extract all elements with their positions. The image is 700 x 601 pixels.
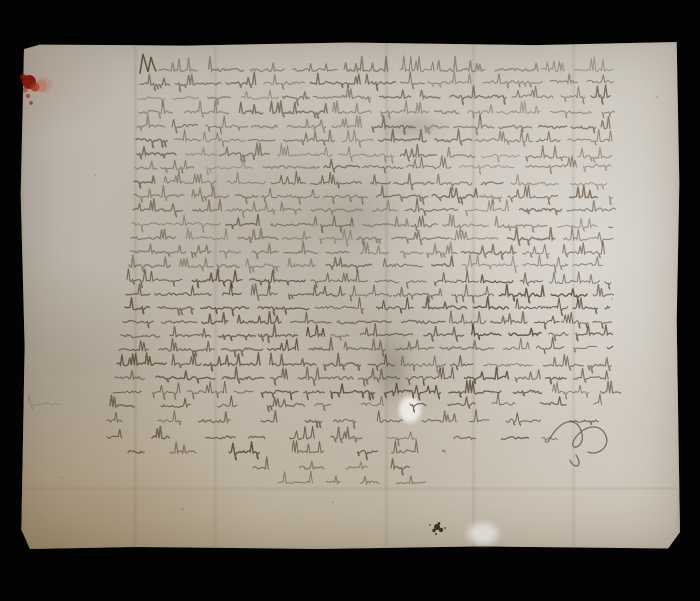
photo-black-background: Photograph of a late-medieval handwritte… [0, 0, 700, 601]
photo-lighting-sheen [20, 41, 680, 550]
parchment-document [20, 41, 680, 550]
